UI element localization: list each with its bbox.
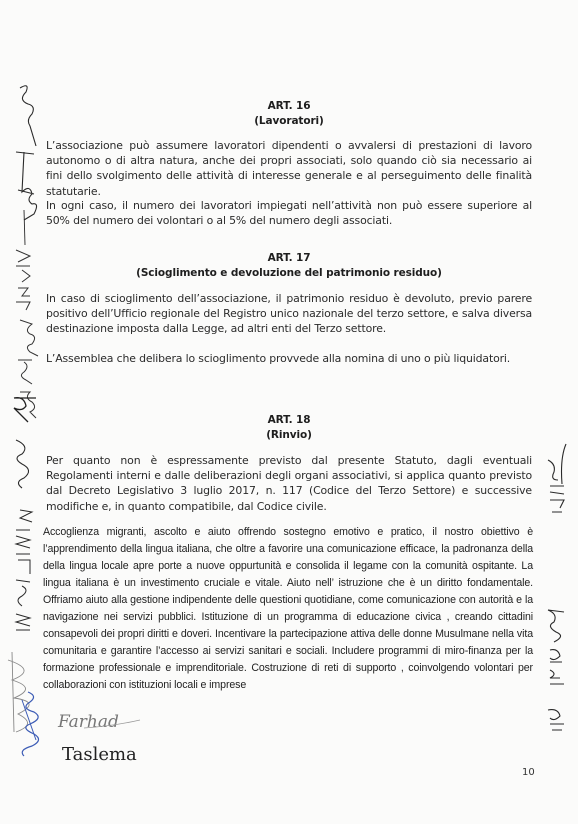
article-title: (Lavoratori) xyxy=(44,114,534,129)
article-18-heading: ART. 18 (Rinvio) xyxy=(44,413,534,443)
article-18-paragraph-1: Per quanto non è espressamente previsto … xyxy=(46,453,532,514)
article-number: ART. 16 xyxy=(44,99,534,114)
article-title: (Scioglimento e devoluzione del patrimon… xyxy=(44,266,534,281)
signature-taslema: Taslema xyxy=(62,744,137,765)
article-16-heading: ART. 16 (Lavoratori) xyxy=(44,99,534,129)
signature-farhad-stroke xyxy=(84,706,144,736)
signature-right-margin xyxy=(538,440,574,740)
page-number: 10 xyxy=(522,767,535,778)
signature-left-margin xyxy=(2,40,46,760)
signature-blue-left xyxy=(8,690,48,760)
article-title: (Rinvio) xyxy=(44,428,534,443)
article-17-heading: ART. 17 (Scioglimento e devoluzione del … xyxy=(44,251,534,281)
article-17-paragraph-2: L’Assemblea che delibera lo scioglimento… xyxy=(46,351,532,366)
article-number: ART. 17 xyxy=(44,251,534,266)
article-16-paragraph-2: In ogni caso, il numero dei lavoratori i… xyxy=(46,198,532,228)
addendum-paragraph: Accoglienza migranti, ascolto e aiuto of… xyxy=(43,524,533,694)
article-17-paragraph-1: In caso di scioglimento dell’associazion… xyxy=(46,291,532,337)
document-page: ART. 16 (Lavoratori) L’associazione può … xyxy=(0,0,578,824)
article-number: ART. 18 xyxy=(44,413,534,428)
article-16-paragraph-1: L’associazione può assumere lavoratori d… xyxy=(46,138,532,199)
